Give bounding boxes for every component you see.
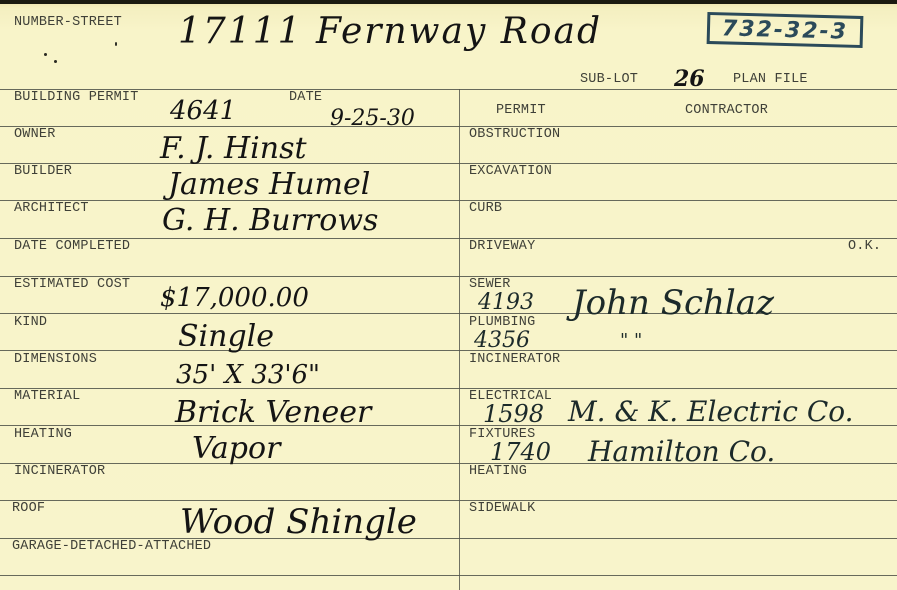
- ink-spot: [44, 53, 47, 56]
- row-divider: [0, 126, 897, 127]
- plumbing-contractor: " ": [620, 332, 642, 350]
- sewer-permit: 4193: [478, 292, 534, 314]
- row-divider: [0, 350, 897, 351]
- estimated-cost-label: ESTIMATED COST: [14, 278, 130, 292]
- date-value: 9-25-30: [330, 108, 415, 130]
- heating-value: Vapor: [192, 434, 280, 464]
- estimated-cost-value: $17,000.00: [160, 285, 309, 311]
- curb-label: CURB: [469, 202, 502, 216]
- roof-label: ROOF: [12, 502, 45, 516]
- permit-header: PERMIT: [496, 104, 546, 118]
- incinerator-label: INCINERATOR: [14, 465, 105, 479]
- kind-value: Single: [178, 322, 274, 352]
- row-divider: [0, 200, 897, 201]
- fixtures-permit: 1740: [490, 440, 551, 464]
- fixtures-contractor: Hamilton Co.: [588, 438, 775, 466]
- number-street-label: NUMBER-STREET: [14, 16, 122, 30]
- row-divider: [0, 276, 897, 277]
- material-value: Brick Veneer: [175, 398, 371, 428]
- row-divider: [0, 163, 897, 164]
- contractor-header: CONTRACTOR: [685, 104, 768, 118]
- incinerator-right-label: INCINERATOR: [469, 353, 560, 367]
- sub-lot-value: 26: [674, 68, 705, 90]
- builder-label: BUILDER: [14, 165, 72, 179]
- driveway-note: O.K.: [848, 240, 881, 254]
- row-divider: [0, 238, 897, 239]
- row-divider: [0, 388, 897, 389]
- architect-label: ARCHITECT: [14, 202, 89, 216]
- card-top-edge: [0, 0, 897, 4]
- date-completed-label: DATE COMPLETED: [14, 240, 130, 254]
- dimensions-label: DIMENSIONS: [14, 353, 97, 367]
- plumbing-permit: 4356: [474, 330, 530, 352]
- file-number-stamp: 732-32-3: [707, 12, 864, 48]
- building-permit-value: 4641: [170, 98, 236, 124]
- heating-right-label: HEATING: [469, 465, 527, 479]
- garage-label: GARAGE-DETACHED-ATTACHED: [12, 540, 211, 554]
- owner-value: F. J. Hinst: [160, 134, 307, 164]
- row-divider: [0, 500, 897, 501]
- sub-lot-label: SUB-LOT: [580, 73, 638, 87]
- sidewalk-label: SIDEWALK: [469, 502, 535, 516]
- column-divider: [459, 89, 460, 590]
- ink-spot: [54, 60, 57, 63]
- date-label: DATE: [289, 91, 322, 105]
- ink-spot: [115, 42, 117, 46]
- heating-label: HEATING: [14, 428, 72, 442]
- dimensions-value: 35' X 33'6": [176, 362, 320, 388]
- obstruction-label: OBSTRUCTION: [469, 128, 560, 142]
- electrical-permit: 1598: [483, 402, 544, 426]
- row-divider: [0, 575, 897, 576]
- builder-value: James Humel: [168, 170, 370, 200]
- roof-value: Wood Shingle: [180, 505, 417, 539]
- excavation-label: EXCAVATION: [469, 165, 552, 179]
- electrical-contractor: M. & K. Electric Co.: [568, 398, 854, 426]
- sewer-contractor: John Schlaz: [572, 286, 774, 320]
- owner-label: OWNER: [14, 128, 56, 142]
- material-label: MATERIAL: [14, 390, 80, 404]
- driveway-label: DRIVEWAY: [469, 240, 535, 254]
- architect-value: G. H. Burrows: [162, 206, 378, 236]
- plan-file-label: PLAN FILE: [733, 73, 808, 87]
- building-permit-label: BUILDING PERMIT: [14, 91, 139, 105]
- building-permit-card: NUMBER-STREET 17111 Fernway Road 732-32-…: [0, 0, 897, 590]
- number-street-value: 17111 Fernway Road: [178, 14, 602, 50]
- stamp-value: 732-32-3: [722, 16, 849, 44]
- kind-label: KIND: [14, 316, 47, 330]
